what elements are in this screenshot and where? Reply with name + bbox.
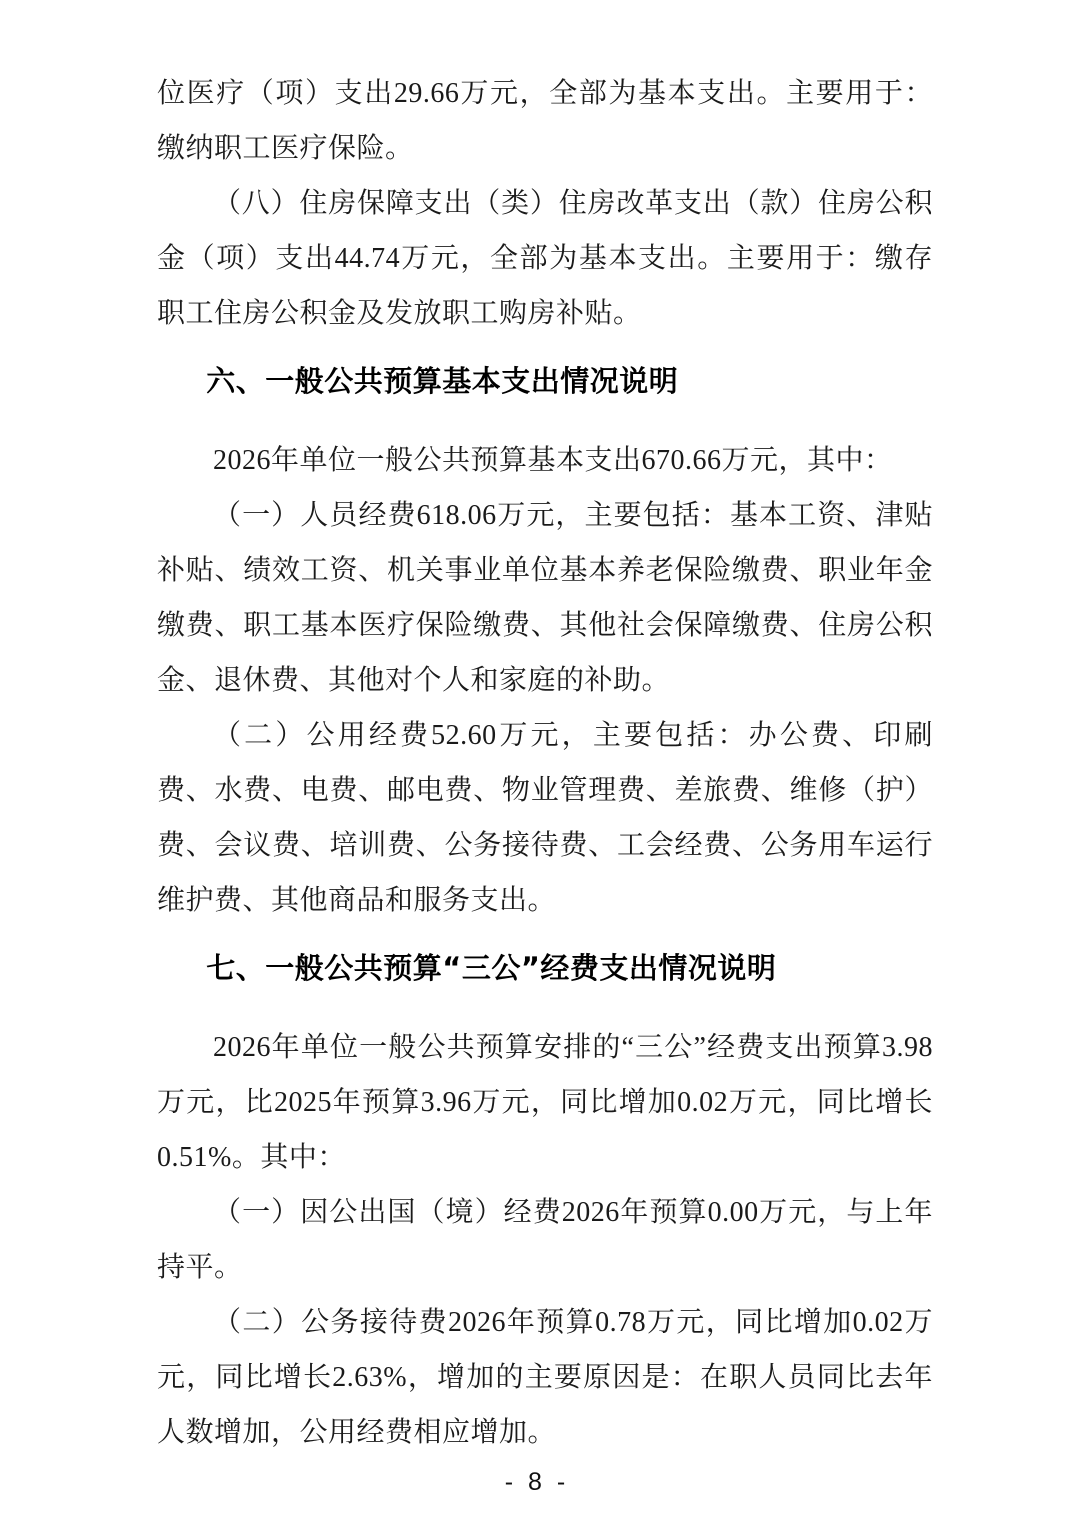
section-six-intro-paragraph: 2026年单位一般公共预算基本支出670.66万元，其中： — [157, 433, 933, 488]
page-number: - 8 - — [0, 1468, 1074, 1497]
paragraph-housing-security-expense: （八）住房保障支出（类）住房改革支出（款）住房公积金（项）支出44.74万元，全… — [157, 176, 933, 341]
section-seven-item-official-reception: （二）公务接待费2026年预算0.78万元，同比增加0.02万元，同比增长2.6… — [157, 1295, 933, 1460]
section-six-item-public-funds: （二）公用经费52.60万元，主要包括：办公费、印刷费、水费、电费、邮电费、物业… — [157, 708, 933, 928]
section-seven-intro-paragraph: 2026年单位一般公共预算安排的“三公”经费支出预算3.98万元，比2025年预… — [157, 1020, 933, 1185]
document-body: 位医疗（项）支出29.66万元，全部为基本支出。主要用于：缴纳职工医疗保险。 （… — [157, 66, 933, 1460]
paragraph-medical-expense-continuation: 位医疗（项）支出29.66万元，全部为基本支出。主要用于：缴纳职工医疗保险。 — [157, 66, 933, 176]
section-six-item-personnel-funds: （一）人员经费618.06万元，主要包括：基本工资、津贴补贴、绩效工资、机关事业… — [157, 488, 933, 708]
section-seven-heading: 七、一般公共预算“三公”经费支出情况说明 — [157, 941, 933, 996]
section-seven-item-overseas-trips: （一）因公出国（境）经费2026年预算0.00万元，与上年持平。 — [157, 1185, 933, 1295]
document-page: 位医疗（项）支出29.66万元，全部为基本支出。主要用于：缴纳职工医疗保险。 （… — [0, 0, 1074, 1520]
section-six-heading: 六、一般公共预算基本支出情况说明 — [157, 354, 933, 409]
